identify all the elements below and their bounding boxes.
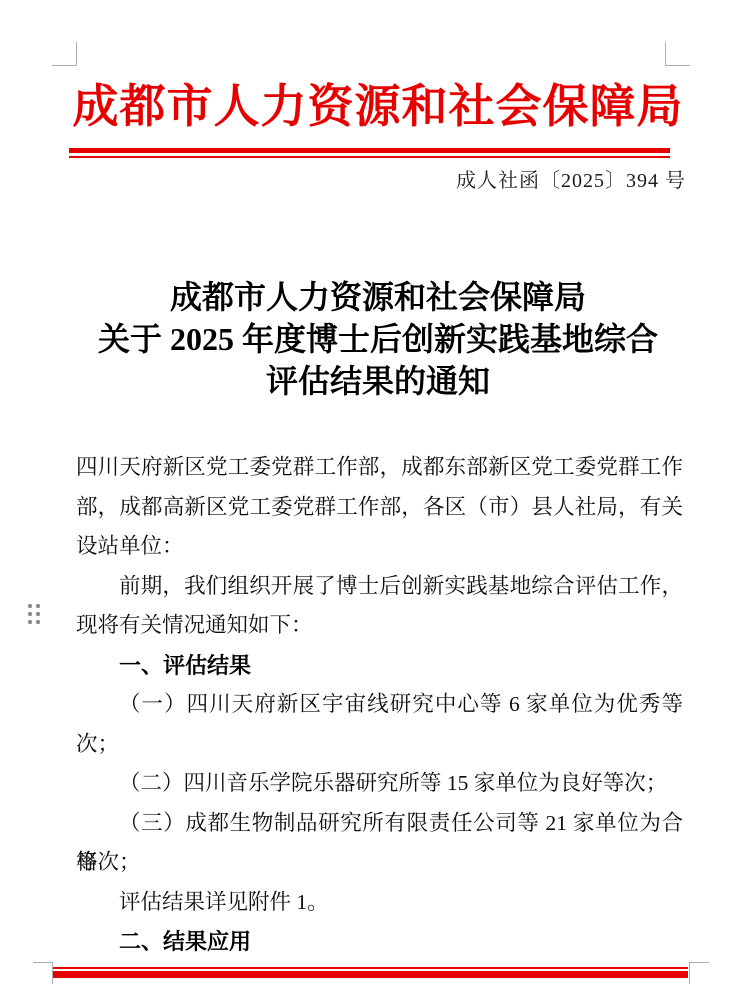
dot: [36, 604, 40, 608]
document-page: 成都市人力资源和社会保障局 成人社函〔2025〕394 号 成都市人力资源和社会…: [0, 0, 756, 1005]
body-line: 四川天府新区党工委党群工作部，成都东部新区党工委党群工作: [76, 448, 683, 488]
body-line: 部，成都高新区党工委党群工作部，各区（市）县人社局，有关: [76, 488, 683, 528]
body-line: 设站单位：: [76, 527, 683, 567]
body-line: 次；: [76, 725, 683, 765]
letterhead-agency-name: 成都市人力资源和社会保障局: [0, 70, 756, 136]
body-line: 现将有关情况通知如下：: [76, 606, 683, 646]
letterhead-divider-thick: [69, 148, 670, 153]
crop-mark-bottom-left-icon: [33, 962, 53, 984]
dot: [28, 620, 32, 624]
crop-mark-bottom-right-icon: [689, 962, 709, 984]
body-line: （二）四川音乐学院乐器研究所等 15 家单位为良好等次；: [76, 764, 683, 804]
body-line: 等次；: [76, 843, 683, 883]
body-heading: 一、评估结果: [76, 646, 683, 686]
document-title-line: 关于 2025 年度博士后创新实践基地综合: [0, 318, 756, 360]
dot: [28, 604, 32, 608]
body-line: （一）四川天府新区宇宙线研究中心等 6 家单位为优秀等: [76, 685, 683, 725]
document-title: 成都市人力资源和社会保障局 关于 2025 年度博士后创新实践基地综合 评估结果…: [0, 276, 756, 402]
next-page-divider-thick: [53, 971, 688, 978]
document-number: 成人社函〔2025〕394 号: [456, 164, 686, 193]
crop-mark-top-left-icon: [52, 42, 77, 66]
dot: [36, 620, 40, 624]
body-line: （三）成都生物制品研究所有限责任公司等 21 家单位为合格: [76, 804, 683, 844]
dot: [28, 612, 32, 616]
drag-handle-dots[interactable]: [28, 604, 40, 624]
body-line: 评估结果详见附件 1。: [76, 883, 683, 923]
document-title-line: 成都市人力资源和社会保障局: [0, 276, 756, 318]
letterhead-divider-thin: [69, 156, 670, 158]
body-heading: 二、结果应用: [76, 922, 683, 962]
document-title-line: 评估结果的通知: [0, 360, 756, 402]
body-line: 前期，我们组织开展了博士后创新实践基地综合评估工作，: [76, 567, 683, 607]
document-body: 四川天府新区党工委党群工作部，成都东部新区党工委党群工作 部，成都高新区党工委党…: [76, 448, 683, 962]
dot: [36, 612, 40, 616]
crop-mark-top-right-icon: [665, 42, 690, 66]
next-page-divider-thin: [53, 967, 688, 969]
